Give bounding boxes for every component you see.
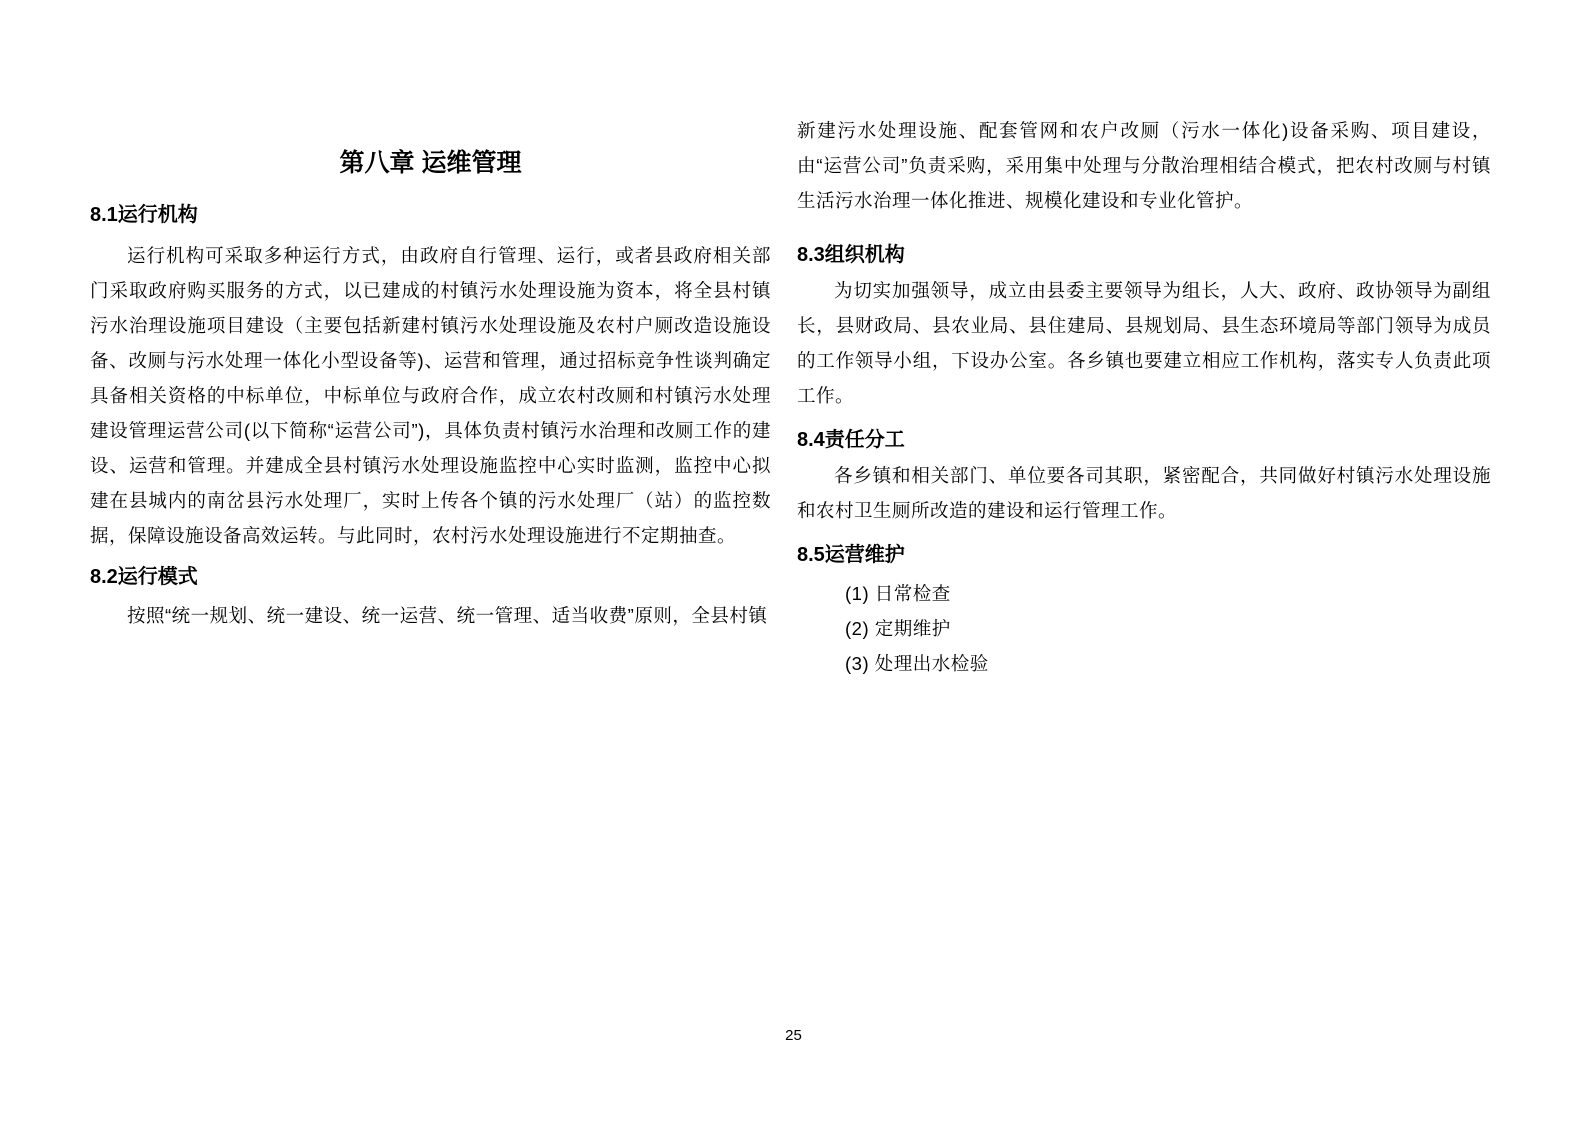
section-body-8-3: 为切实加强领导，成立由县委主要领导为组长，人大、政府、政协领导为副组长，县财政局… <box>797 273 1491 413</box>
section-heading-8-2: 8.2运行模式 <box>90 560 771 595</box>
section-heading-8-3: 8.3组织机构 <box>797 238 1491 273</box>
section-body-8-2: 按照“统一规划、统一建设、统一运营、统一管理、适当收费”原则，全县村镇 <box>90 598 771 633</box>
maintenance-list: (1) 日常检查 (2) 定期维护 (3) 处理出水检验 <box>797 576 1491 681</box>
section-heading-8-1: 8.1运行机构 <box>90 198 771 233</box>
section-heading-8-5: 8.5运营维护 <box>797 538 1491 573</box>
maintenance-list-item: (2) 定期维护 <box>797 611 1491 646</box>
maintenance-list-item: (1) 日常检查 <box>797 576 1491 611</box>
left-column: 第八章 运维管理 8.1运行机构 运行机构可采取多种运行方式，由政府自行管理、运… <box>90 146 771 633</box>
section-body-8-2-continuation: 新建污水处理设施、配套管网和农户改厕（污水一体化)设备采购、项目建设，由“运营公… <box>797 113 1491 218</box>
document-page: 第八章 运维管理 8.1运行机构 运行机构可采取多种运行方式，由政府自行管理、运… <box>0 0 1587 1122</box>
section-body-8-4: 各乡镇和相关部门、单位要各司其职，紧密配合，共同做好村镇污水处理设施和农村卫生厕… <box>797 458 1491 528</box>
right-column: 新建污水处理设施、配套管网和农户改厕（污水一体化)设备采购、项目建设，由“运营公… <box>797 113 1491 681</box>
page-number: 25 <box>0 1027 1587 1045</box>
maintenance-list-item: (3) 处理出水检验 <box>797 646 1491 681</box>
section-heading-8-4: 8.4责任分工 <box>797 423 1491 458</box>
section-body-8-1: 运行机构可采取多种运行方式，由政府自行管理、运行，或者县政府相关部门采取政府购买… <box>90 238 771 553</box>
chapter-title: 第八章 运维管理 <box>90 146 771 181</box>
